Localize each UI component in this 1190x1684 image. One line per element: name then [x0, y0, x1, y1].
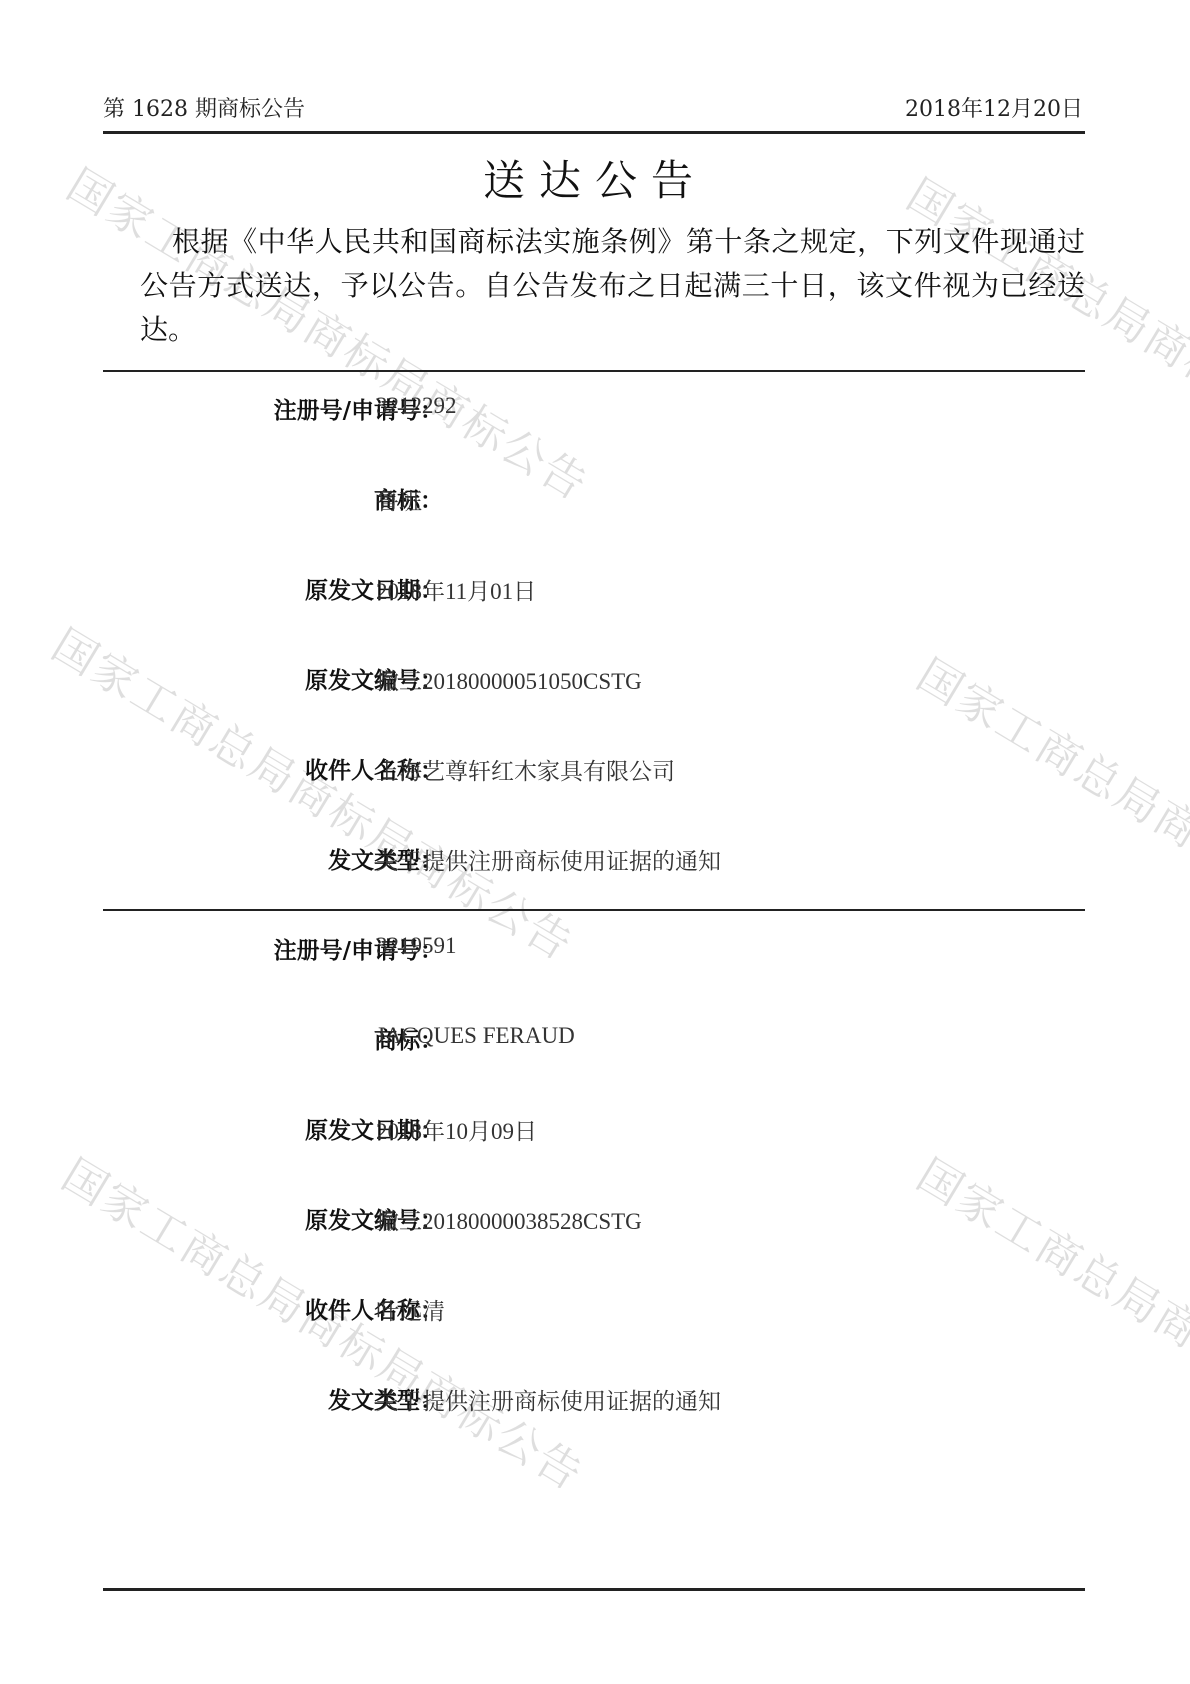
field-reg-no: 注册号/申请号： 3219591: [103, 932, 1083, 968]
field-value: 撤三20180000038528CSTG: [376, 1203, 642, 1236]
field-recipient: 收件人名称： 叶远清: [103, 1292, 1083, 1328]
page-title: 送达公告: [0, 148, 1190, 208]
field-value: 关于提供注册商标使用证据的通知: [376, 1383, 721, 1416]
field-value: JACQUES FERAUD: [376, 1023, 575, 1049]
field-value: 叶远清: [376, 1293, 445, 1326]
field-doc-type: 发文类型： 关于提供注册商标使用证据的通知: [103, 1382, 1083, 1418]
field-orig-date: 原发文日期： 2018年10月09日: [103, 1112, 1083, 1148]
field-recipient: 收件人名称： 上海艺尊轩红木家具有限公司: [103, 752, 1083, 788]
field-value: 3219591: [376, 933, 457, 959]
intro-paragraph: 根据《中华人民共和国商标法实施条例》第十条之规定，下列文件现通过公告方式送达，予…: [140, 220, 1085, 352]
field-value: 上海艺尊轩红木家具有限公司: [376, 753, 675, 786]
field-value: 3212292: [376, 393, 457, 419]
section-divider: [103, 370, 1085, 372]
field-orig-date: 原发文日期： 2018年11月01日: [103, 572, 1083, 608]
page-header: 第 1628 期商标公告 2018年12月20日: [103, 92, 1083, 126]
field-value: 2018年11月01日: [376, 573, 536, 606]
header-divider: [103, 131, 1085, 134]
field-orig-no: 原发文编号： 撤三20180000038528CSTG: [103, 1202, 1083, 1238]
field-reg-no: 注册号/申请号： 3212292: [103, 392, 1083, 428]
publish-date: 2018年12月20日: [905, 92, 1083, 123]
field-value: 2018年10月09日: [376, 1113, 537, 1146]
field-trademark: 商标： JACQUES FERAUD: [103, 1022, 1083, 1058]
field-orig-no: 原发文编号： 撤三20180000051050CSTG: [103, 662, 1083, 698]
field-trademark: 商标： 鲁班: [103, 482, 1083, 518]
field-value: 关于提供注册商标使用证据的通知: [376, 843, 721, 876]
field-doc-type: 发文类型： 关于提供注册商标使用证据的通知: [103, 842, 1083, 878]
footer-divider: [103, 1588, 1085, 1591]
field-value: 撤三20180000051050CSTG: [376, 663, 642, 696]
field-value: 鲁班: [376, 483, 422, 516]
record-divider: [103, 909, 1085, 911]
issue-number: 第 1628 期商标公告: [103, 92, 305, 123]
